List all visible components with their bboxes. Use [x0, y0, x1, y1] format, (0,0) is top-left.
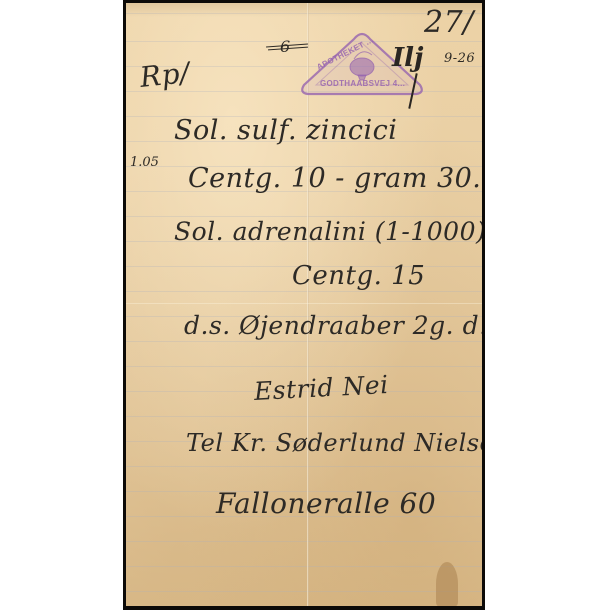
prescription-line-1: Sol. sulf. zincici — [174, 115, 397, 146]
struck-mark: 6 — [280, 37, 290, 56]
fold-crease-horizontal — [126, 303, 482, 304]
water-stain — [436, 562, 458, 606]
date-month-year: 9-26 — [444, 51, 475, 66]
scan-frame: 6 APOTHEKET ... GODTHAABSVEJ 4... Ilj 27… — [123, 0, 485, 610]
prescriber-line: Tel Kr. Søderlund Nielsen — [186, 429, 482, 457]
prescription-line-4: Centg. 15 — [292, 261, 425, 291]
prescription-line-2: Centg. 10 - gram 30. — [188, 163, 481, 194]
prescription-line-3: Sol. adrenalini (1-1000) — [174, 217, 482, 246]
stamp-text-address: GODTHAABSVEJ 4... — [320, 79, 405, 88]
pharmacist-initials: Ilj — [392, 43, 423, 73]
address-line: Falloneralle 60 — [216, 487, 436, 520]
rx-symbol: Rp/ — [138, 56, 191, 94]
date-day: 27/ — [424, 5, 474, 40]
prescription-line-5: d.s. Øjendraaber 2g. d. — [184, 311, 482, 340]
price-note: 1.05 — [130, 155, 159, 170]
prescription-paper: 6 APOTHEKET ... GODTHAABSVEJ 4... Ilj 27… — [126, 3, 482, 606]
